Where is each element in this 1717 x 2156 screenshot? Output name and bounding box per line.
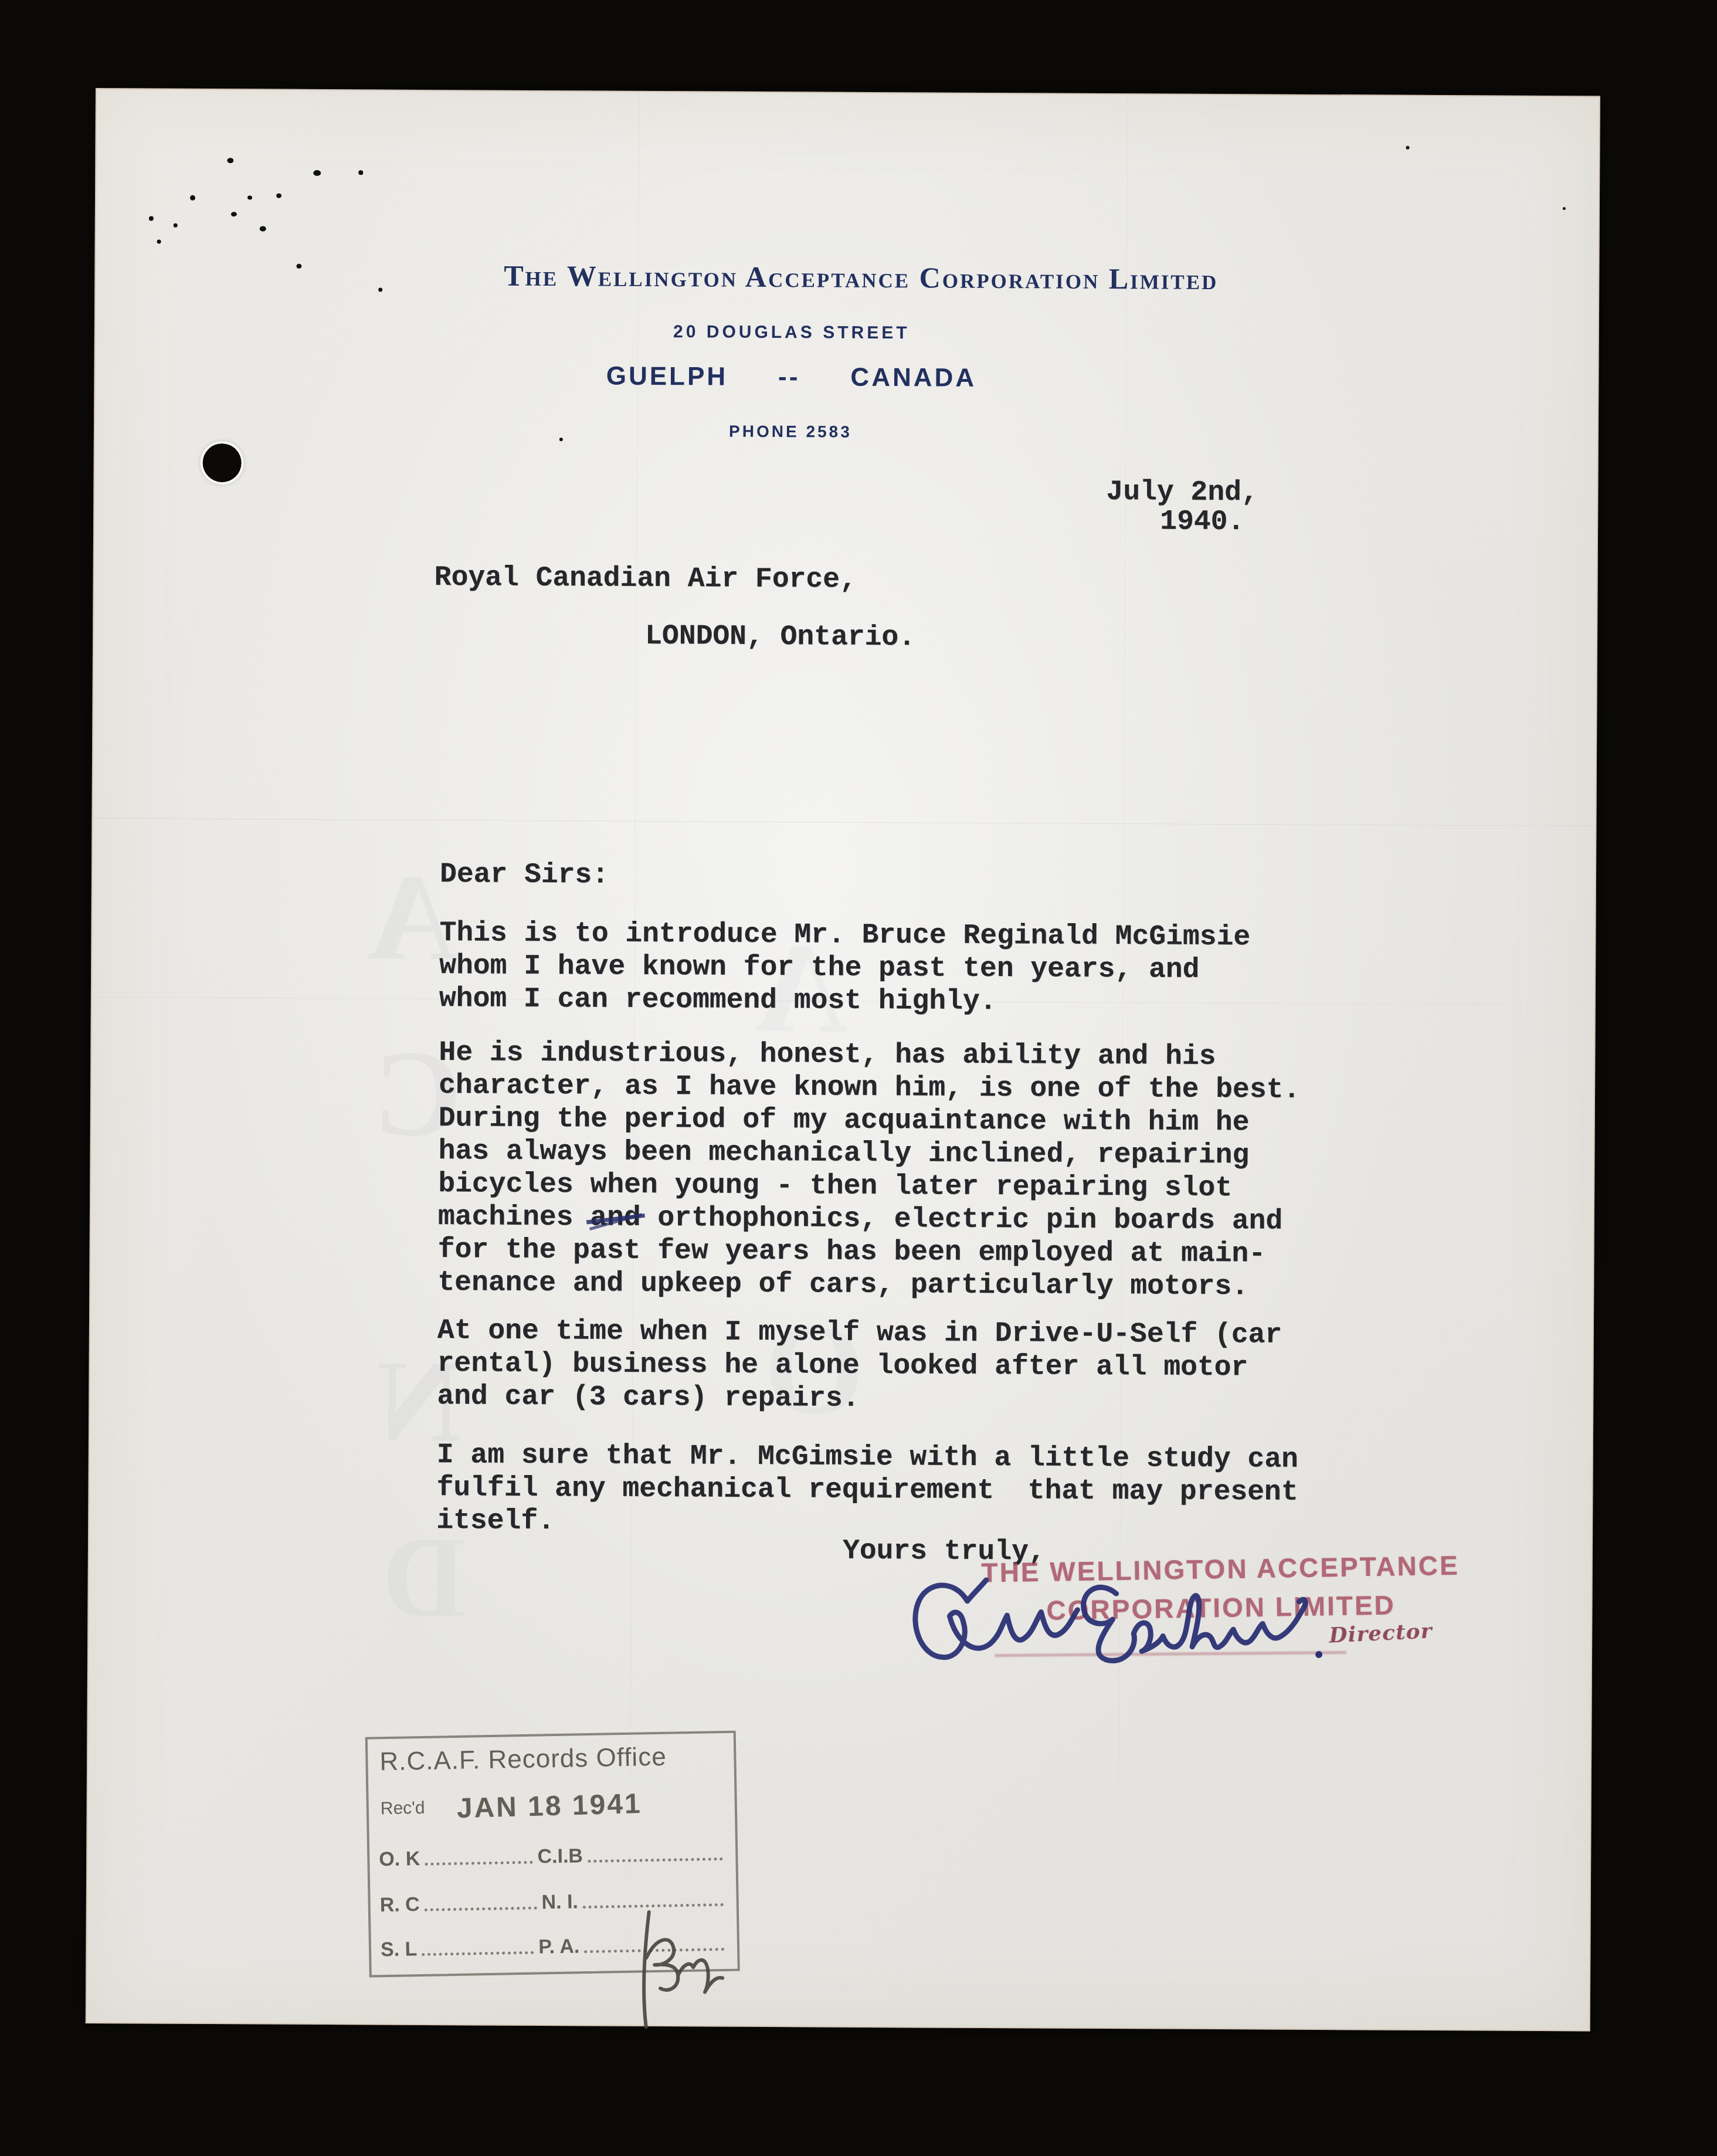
body-paragraph-4: I am sure that Mr. McGimsie with a littl…	[436, 1439, 1298, 1542]
records-stamp-label: O. K	[379, 1847, 420, 1871]
paper-speck	[247, 195, 252, 199]
body-line: and car (3 cars) repairs.	[437, 1380, 1282, 1418]
body-line: character, as I have known him, is one o…	[439, 1069, 1300, 1107]
records-stamp-label: S. L	[381, 1938, 418, 1961]
letterhead-country: CANADA	[850, 363, 976, 393]
body-line-with-strikeout: machines and orthophonics, electric pin …	[438, 1201, 1299, 1238]
body-paragraph-3: At one time when I myself was in Drive-U…	[437, 1314, 1282, 1418]
body-line: tenance and upkeep of cars, particularly…	[437, 1266, 1299, 1304]
body-line: During the period of my acquaintance wit…	[439, 1102, 1300, 1140]
letter-date-line2: 1940.	[1160, 506, 1244, 539]
body-line: has always been mechanically inclined, r…	[438, 1135, 1299, 1172]
paper-speck	[231, 212, 237, 216]
body-line: fulfil any mechanical requirement that m…	[436, 1472, 1298, 1509]
body-line: I am sure that Mr. McGimsie with a littl…	[437, 1439, 1298, 1476]
letter-date-line1: July 2nd,	[1106, 476, 1258, 509]
pen-struck-word: and	[590, 1201, 641, 1234]
body-paragraph-1: This is to introduce Mr. Bruce Reginald …	[439, 917, 1250, 1019]
paper-speck	[260, 226, 266, 231]
records-stamp-label: N. I.	[541, 1890, 578, 1914]
fold-crease-horizontal	[93, 818, 1595, 827]
paper-speck	[313, 170, 321, 176]
paper-speck	[1406, 146, 1409, 150]
records-stamp-received-label: Rec'd	[381, 1798, 425, 1819]
letterhead-phone: PHONE 2583	[729, 422, 852, 442]
handwritten-signature	[898, 1567, 1379, 1692]
letterhead-street-address: 20 DOUGLAS STREET	[673, 322, 910, 343]
records-stamp-label: R. C	[379, 1893, 420, 1917]
punch-hole	[202, 443, 241, 482]
paper-speck	[358, 170, 363, 175]
records-stamp-label: P. A.	[538, 1935, 580, 1958]
body-line: This is to introduce Mr. Bruce Reginald …	[439, 917, 1250, 954]
letterhead-city: GUELPH	[606, 362, 728, 392]
salutation: Dear Sirs:	[440, 858, 609, 892]
paper-speck	[296, 264, 301, 269]
body-line: whom I can recommend most highly.	[439, 982, 1250, 1019]
body-line: whom I have known for the past ten years…	[439, 950, 1250, 987]
strike-post-text: orthophonics, electric pin boards and	[640, 1202, 1282, 1238]
body-paragraph-2: He is industrious, honest, has ability a…	[437, 1036, 1300, 1304]
body-line: At one time when I myself was in Drive-U…	[437, 1314, 1282, 1352]
letter-paper-sheet: A C N D A O The Wellington Acceptance Co…	[86, 88, 1600, 2031]
paper-speck	[149, 216, 154, 221]
recipient-line2: LONDON, Ontario.	[645, 620, 915, 654]
paper-speck	[174, 223, 178, 228]
paper-speck	[227, 158, 233, 163]
scanned-letter-photo: A C N D A O The Wellington Acceptance Co…	[0, 0, 1717, 2156]
strike-pre-text: machines	[438, 1201, 591, 1233]
handwritten-initials	[615, 1901, 744, 2037]
dotted-leader	[425, 1861, 532, 1866]
paper-speck	[157, 240, 161, 244]
paper-speck	[276, 194, 281, 198]
dotted-leader	[588, 1857, 722, 1863]
records-stamp-label: C.I.B	[537, 1845, 583, 1868]
signature-period-dot	[1315, 1651, 1322, 1658]
records-stamp-row: O. K C.I.B	[379, 1842, 728, 1871]
letterhead-city-line: GUELPH--CANADA	[606, 362, 977, 393]
body-line: He is industrious, honest, has ability a…	[439, 1036, 1300, 1074]
letterhead-dash: --	[778, 362, 800, 392]
records-stamp-date: JAN 18 1941	[456, 1788, 642, 1825]
paper-speck	[190, 195, 195, 201]
recipient-line1: Royal Canadian Air Force,	[434, 561, 856, 596]
letterhead-company-name: The Wellington Acceptance Corporation Li…	[504, 259, 1218, 296]
body-line: for the past few years has been employed…	[437, 1233, 1299, 1271]
dotted-leader	[422, 1951, 534, 1956]
paper-speck	[1563, 207, 1566, 210]
records-stamp-title: R.C.A.F. Records Office	[379, 1743, 667, 1777]
body-line: bicycles when young - then later repairi…	[438, 1168, 1299, 1205]
dotted-leader	[425, 1907, 537, 1911]
signer-title: Director	[1328, 1618, 1433, 1647]
body-line: rental) business he alone looked after a…	[437, 1347, 1282, 1385]
paper-speck	[378, 288, 382, 292]
paper-speck	[559, 438, 563, 441]
